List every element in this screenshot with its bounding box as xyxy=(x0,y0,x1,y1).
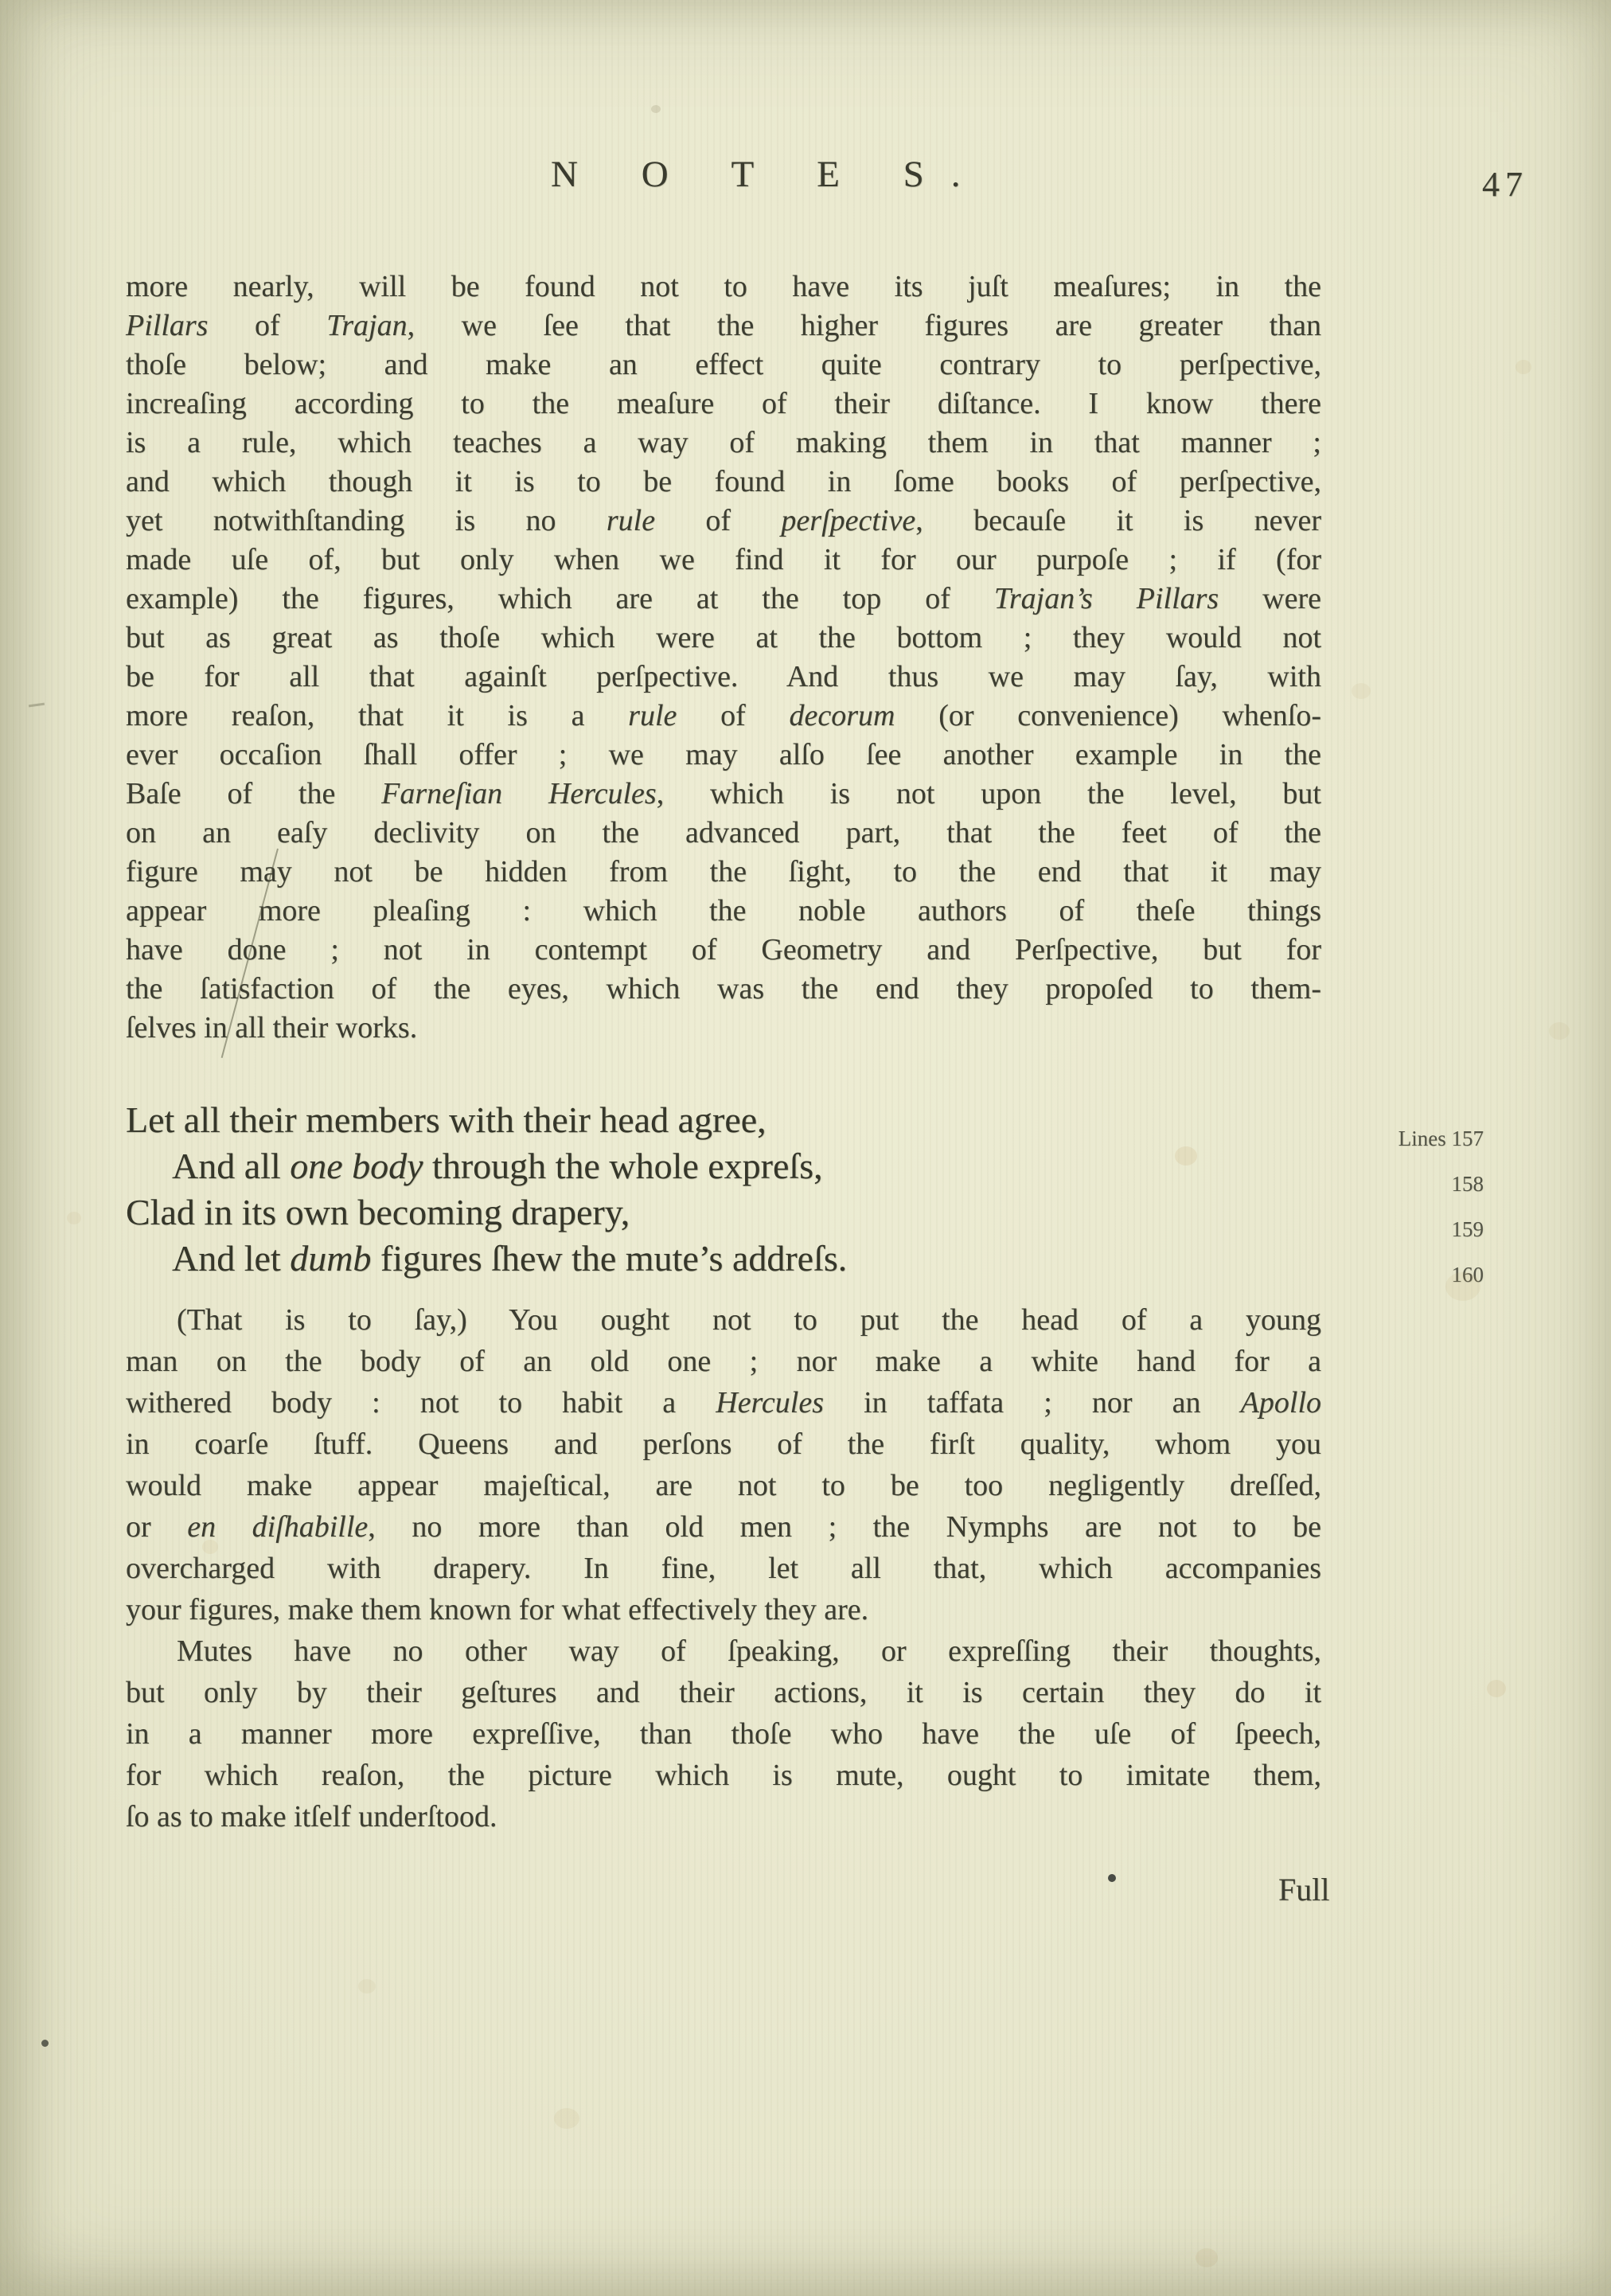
ink-dot xyxy=(1108,1874,1116,1882)
text-line: on an eaſy declivity on the advanced par… xyxy=(126,814,1321,853)
text-line: thoſe below; and make an effect quite co… xyxy=(126,346,1321,385)
text-line: Baſe of the Farneſian Hercules, which is… xyxy=(126,775,1321,814)
text-line: in a manner more expreſſive, than thoſe … xyxy=(126,1713,1321,1755)
line-number-note: Lines 157 xyxy=(1363,1116,1484,1162)
book-page: N O T E S. 47 more nearly, will be found… xyxy=(0,0,1611,2296)
text-line: Mutes have no other way of ſpeaking, or … xyxy=(126,1630,1321,1672)
foxing-spot xyxy=(1196,2248,1218,2267)
line-number-note: 160 xyxy=(1363,1252,1484,1298)
text-line: made uſe of, but only when we find it fo… xyxy=(126,541,1321,580)
text-line: the ſatisfaction of the eyes, which was … xyxy=(126,970,1321,1009)
text-line: and which though it is to be found in ſo… xyxy=(126,463,1321,502)
ink-dot xyxy=(41,2040,49,2047)
page-number: 47 xyxy=(1482,164,1528,205)
foxing-spot xyxy=(554,2108,579,2129)
foxing-spot xyxy=(1549,1022,1570,1040)
text-line: ever occaſion ſhall offer ; we may alſo … xyxy=(126,736,1321,775)
text-line: Clad in its own becoming drapery, xyxy=(126,1189,1160,1236)
text-line: is a rule, which teaches a way of making… xyxy=(126,424,1321,463)
text-line: Pillars of Trajan, we ſee that the highe… xyxy=(126,307,1321,346)
text-line: yet notwithſtanding is no rule of perſpe… xyxy=(126,502,1321,541)
text-line: overcharged with drapery. In fine, let a… xyxy=(126,1548,1321,1589)
text-line: withered body : not to habit a Hercules … xyxy=(126,1382,1321,1423)
text-line: but only by their geſtures and their act… xyxy=(126,1672,1321,1713)
text-line: example) the figures, which are at the t… xyxy=(126,580,1321,619)
text-line: be for all that againſt perſpective. And… xyxy=(126,658,1321,697)
catchword: Full xyxy=(1278,1871,1329,1908)
text-line: figure may not be hidden from the ſight,… xyxy=(126,853,1321,892)
line-number-notes: Lines 157158159160 xyxy=(1363,1116,1484,1298)
foxing-spot xyxy=(1175,1146,1197,1166)
text-line: ſo as to make itſelf underſtood. xyxy=(126,1796,1321,1837)
text-line: And let dumb figures ſhew the mute’s add… xyxy=(126,1236,1160,1282)
paragraph-commentary: (That is to ſay,) You ought not to put t… xyxy=(126,1299,1321,1837)
verse-quotation: Let all their members with their head ag… xyxy=(126,1097,1160,1282)
line-number-note: 159 xyxy=(1363,1207,1484,1252)
text-line: more nearly, will be found not to have i… xyxy=(126,267,1321,307)
foxing-spot xyxy=(651,105,661,113)
paragraph-notes-main: more nearly, will be found not to have i… xyxy=(126,267,1321,1048)
foxing-spot xyxy=(358,1979,376,1993)
foxing-spot xyxy=(67,1212,81,1224)
text-line: more reaſon, that it is a rule of decoru… xyxy=(126,697,1321,736)
text-line: for which reaſon, the picture which is m… xyxy=(126,1755,1321,1796)
text-line: but as great as thoſe which were at the … xyxy=(126,619,1321,658)
text-line: or en diſhabille, no more than old men ;… xyxy=(126,1506,1321,1548)
text-line: And all one body through the whole expre… xyxy=(126,1143,1160,1189)
foxing-spot xyxy=(1515,360,1531,374)
text-line: appear more pleaſing : which the noble a… xyxy=(126,892,1321,931)
text-line: in coarſe ſtuff. Queens and perſons of t… xyxy=(126,1423,1321,1465)
margin-dash-mark xyxy=(29,703,45,708)
line-number-note: 158 xyxy=(1363,1162,1484,1207)
text-line: man on the body of an old one ; nor make… xyxy=(126,1341,1321,1382)
text-line: increaſing according to the meaſure of t… xyxy=(126,385,1321,424)
text-line: ſelves in all their works. xyxy=(126,1009,1321,1048)
foxing-spot xyxy=(1352,683,1371,699)
foxing-spot xyxy=(1487,1680,1506,1697)
text-line: (That is to ſay,) You ought not to put t… xyxy=(126,1299,1321,1341)
text-line: your figures, make them known for what e… xyxy=(126,1589,1321,1630)
running-header: N O T E S. xyxy=(551,153,988,196)
text-line: would make appear majeſtical, are not to… xyxy=(126,1465,1321,1506)
text-line: Let all their members with their head ag… xyxy=(126,1097,1160,1143)
text-line: have done ; not in contempt of Geometry … xyxy=(126,931,1321,970)
